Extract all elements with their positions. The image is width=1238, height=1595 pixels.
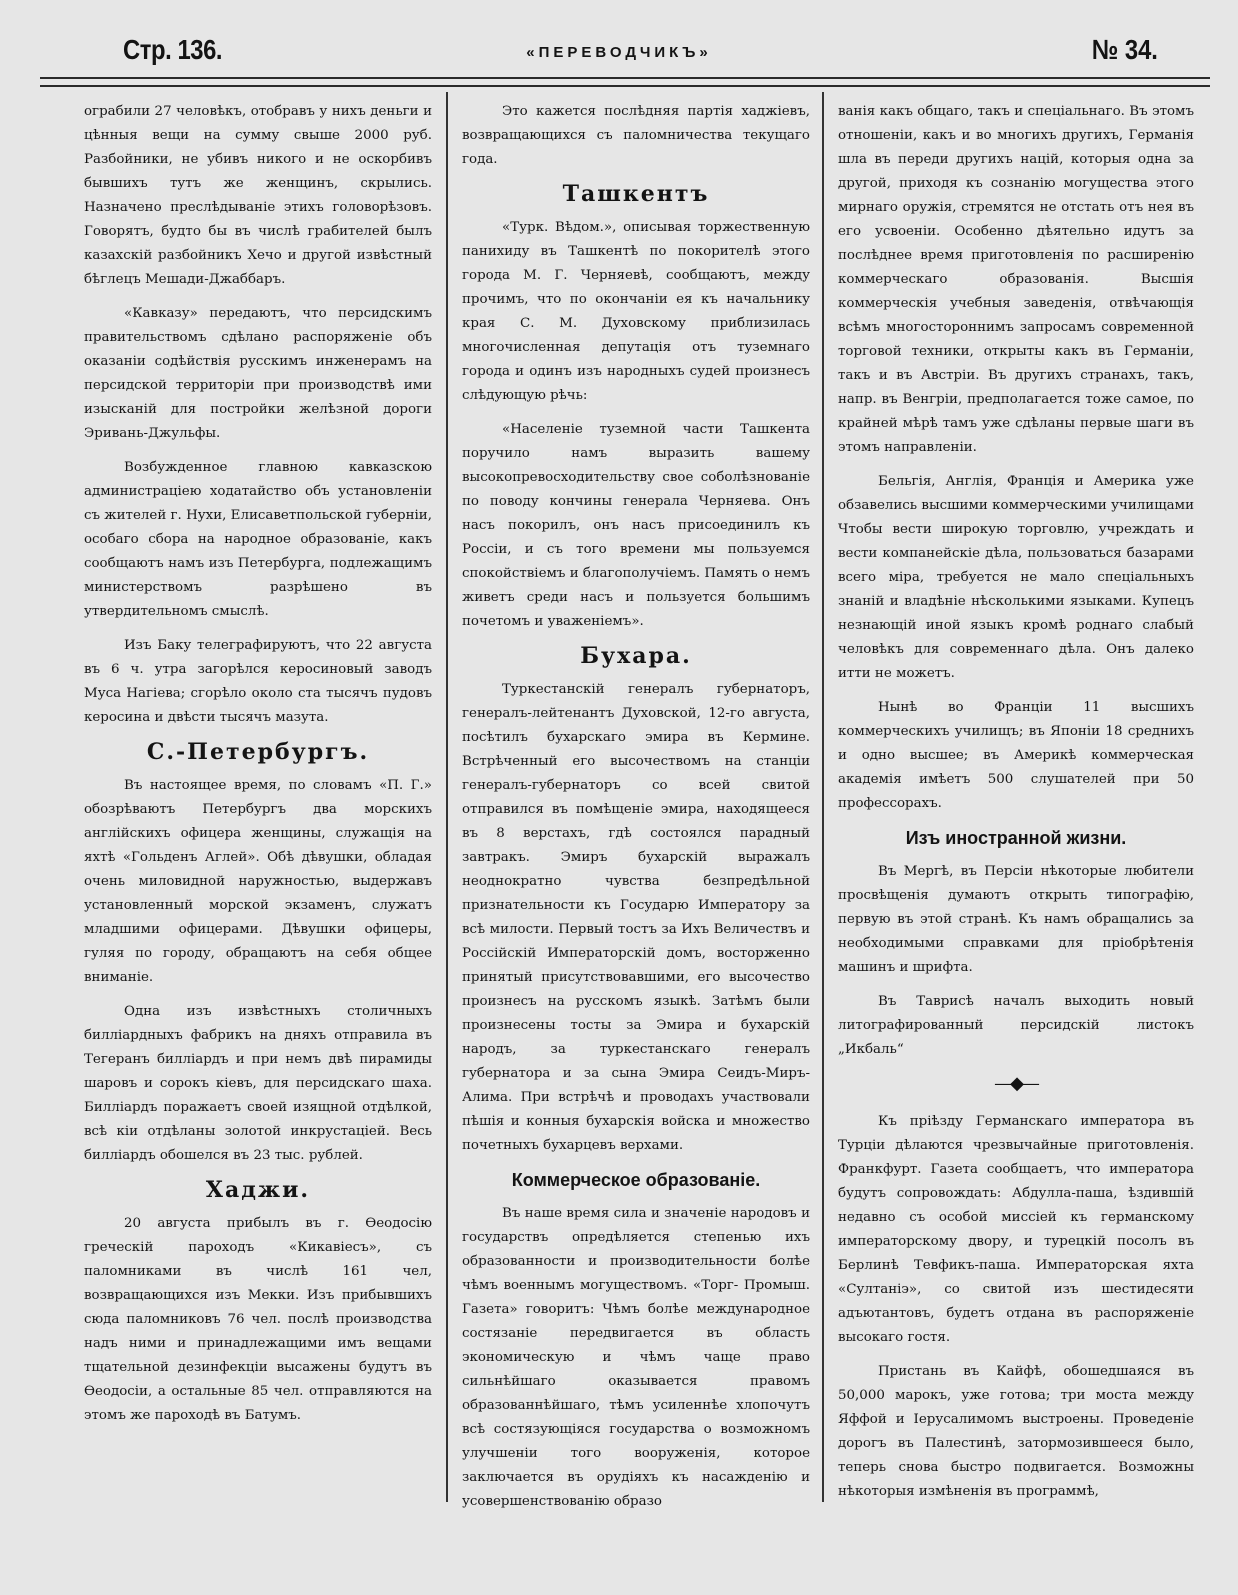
article-paragraph: ванія какъ общаго, такъ и спеціальнаго. … (838, 100, 1194, 460)
article-paragraph: Нынѣ во Франціи 11 высшихъ коммерческихъ… (838, 696, 1194, 816)
article-paragraph: Возбужденное главною кавказскою админист… (84, 456, 432, 624)
page-header: Стр. 136. «ПЕРЕВОДЧИКЪ» № 34. (0, 0, 1238, 88)
column-3: ванія какъ общаго, такъ и спеціальнаго. … (838, 100, 1194, 1514)
article-paragraph: Туркестанскій генералъ губернаторъ, гене… (462, 678, 810, 1158)
column-divider-1 (446, 92, 448, 1502)
section-heading-spb: С.-Петербургъ. (84, 740, 432, 764)
article-paragraph: Изъ Баку телеграфируютъ, что 22 августа … (84, 634, 432, 730)
article-paragraph: Это кажется послѣдняя партія хаджіевъ, в… (462, 100, 810, 172)
article-paragraph: 20 августа прибылъ въ г. Ѳеодосію гречес… (84, 1212, 432, 1428)
article-paragraph: Въ настоящее время, по словамъ «П. Г.» о… (84, 774, 432, 990)
article-paragraph: Въ Таврисѣ началъ выходить новый литогра… (838, 990, 1194, 1062)
article-paragraph: ограбили 27 человѣкъ, отобравъ у нихъ де… (84, 100, 432, 292)
newspaper-title: «ПЕРЕВОДЧИКЪ» (0, 44, 1238, 61)
article-paragraph: «Населеніе туземной части Ташкента поруч… (462, 418, 810, 634)
article-paragraph: «Кавказу» передаютъ, что персидскимъ пра… (84, 302, 432, 446)
issue-number: № 34. (1092, 34, 1158, 66)
article-paragraph: Пристань въ Кайфѣ, обошедшаяся въ 50,000… (838, 1360, 1194, 1504)
section-heading-hajj: Хаджи. (84, 1178, 432, 1202)
ornament-divider-icon: —◆— (838, 1072, 1194, 1096)
section-heading-tashkent: Ташкентъ (462, 182, 810, 206)
article-paragraph: Къ пріѣзду Германскаго императора въ Тур… (838, 1110, 1194, 1350)
section-heading-bukhara: Бухара. (462, 644, 810, 668)
column-2: Это кажется послѣдняя партія хаджіевъ, в… (462, 100, 810, 1524)
column-divider-2 (822, 92, 824, 1502)
article-paragraph: Одна изъ извѣстныхъ столичныхъ билліардн… (84, 1000, 432, 1168)
column-1: ограбили 27 человѣкъ, отобравъ у нихъ де… (84, 100, 432, 1438)
article-paragraph: Въ наше время сила и значеніе народовъ и… (462, 1202, 810, 1514)
article-paragraph: «Турк. Вѣдом.», описывая торжественную п… (462, 216, 810, 408)
section-heading-foreign: Изъ иностранной жизни. (838, 826, 1194, 850)
article-paragraph: Бельгія, Англія, Франція и Америка уже о… (838, 470, 1194, 686)
header-rule-bottom (40, 85, 1210, 87)
header-rule-top (40, 77, 1210, 79)
section-heading-commerce: Коммерческое образованіе. (462, 1168, 810, 1192)
article-paragraph: Въ Мергѣ, въ Персіи нѣкоторые любители п… (838, 860, 1194, 980)
